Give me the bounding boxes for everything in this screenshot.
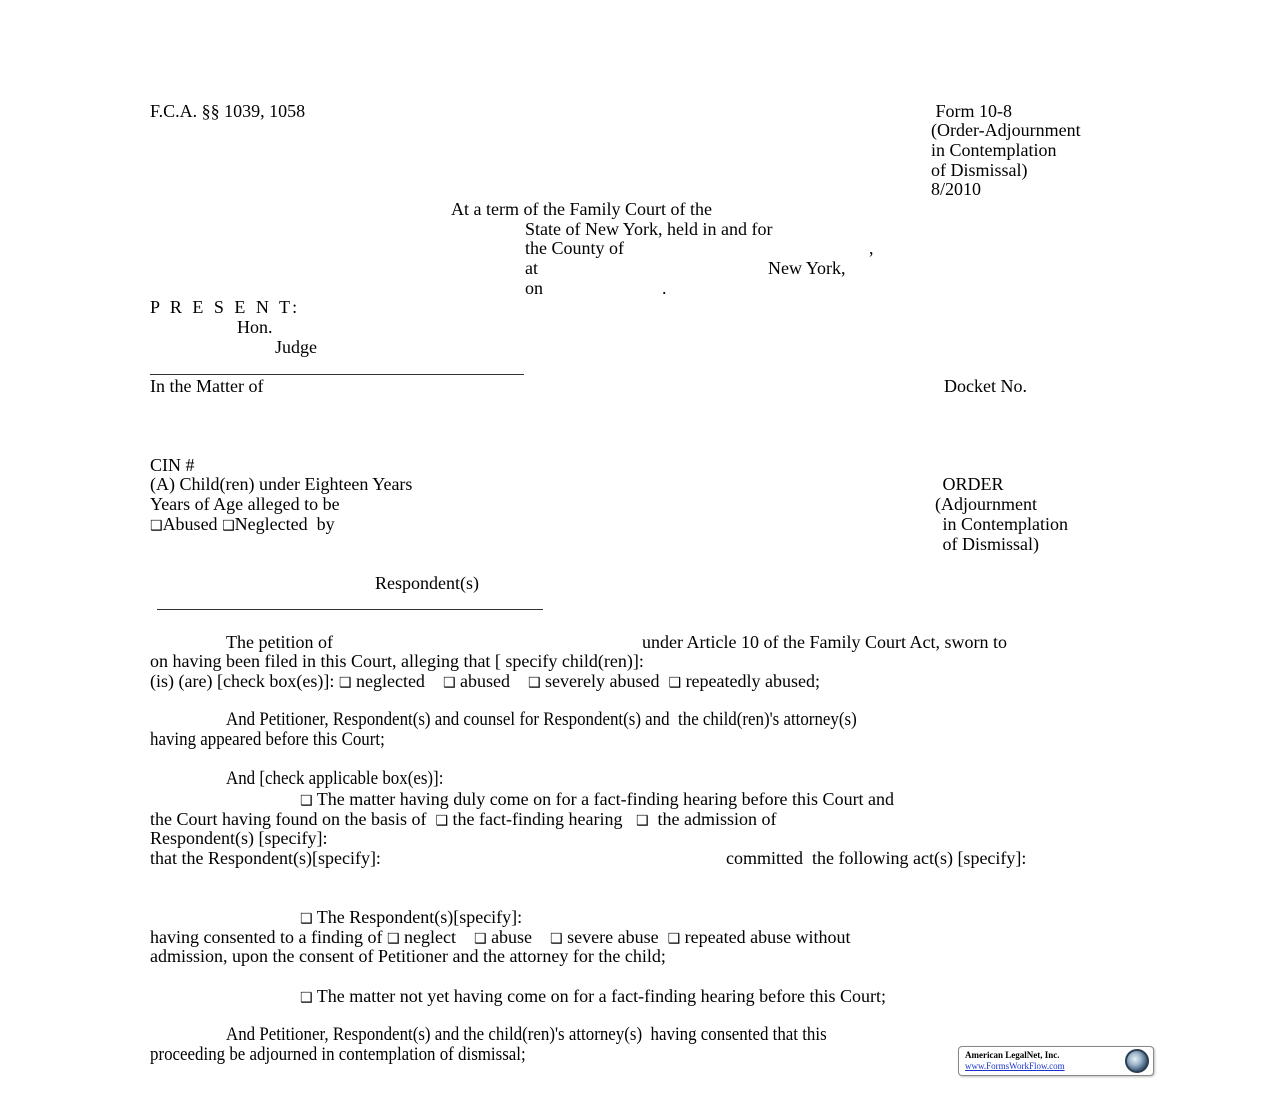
form-title-line: of Dismissal) xyxy=(931,160,1028,180)
option-fact-finding: ❑ The matter having duly come on for a f… xyxy=(300,789,894,811)
american-legalnet-logo[interactable]: American LegalNet, Inc. www.FormsWorkFlo… xyxy=(958,1046,1154,1076)
option-label: severe abuse xyxy=(567,927,658,947)
option-text: The Respondent(s)[specify]: xyxy=(313,907,523,927)
county-punct: , xyxy=(869,238,874,258)
date-punct: . xyxy=(662,278,667,298)
checkbox-fact-finding-held[interactable]: ❑ xyxy=(300,793,313,809)
checkbox-abused[interactable]: ❑ xyxy=(443,675,456,691)
checkbox-not-yet-heard[interactable]: ❑ xyxy=(300,990,313,1006)
option-text: Respondent(s) [specify]: xyxy=(150,828,327,848)
checkbox-neglected[interactable]: ❑ xyxy=(339,675,352,691)
at-label: at xyxy=(525,258,538,278)
caption-line: At a term of the Family Court of the xyxy=(451,199,712,219)
checkbox-respondent-consent[interactable]: ❑ xyxy=(300,911,313,927)
checkbox-repeatedly-abused[interactable]: ❑ xyxy=(669,675,682,691)
option-label: abuse xyxy=(491,927,532,947)
judge-label: Judge xyxy=(275,337,317,357)
option-not-yet-heard: ❑ The matter not yet having come on for … xyxy=(300,986,886,1008)
abused-label: Abused xyxy=(163,514,218,534)
option-label: neglect xyxy=(404,927,456,947)
form-number: Form 10-8 xyxy=(931,101,1012,121)
appearance-text: And Petitioner, Respondent(s) and counse… xyxy=(226,710,857,730)
option-text: The matter not yet having come on for a … xyxy=(313,986,887,1006)
option-label: abused xyxy=(460,671,510,691)
present-label: P R E S E N T: xyxy=(150,297,300,317)
petition-text: The petition of xyxy=(226,632,333,652)
option-label: repeatedly abused; xyxy=(686,671,820,691)
divider-line xyxy=(150,374,524,375)
checkbox-fact-finding-hearing[interactable]: ❑ xyxy=(435,813,448,829)
check-applicable-label: And [check applicable box(es)]: xyxy=(226,769,443,789)
on-label: on xyxy=(525,278,543,298)
in-the-matter-of: In the Matter of xyxy=(150,376,263,396)
hon-label: Hon. xyxy=(237,317,273,337)
state-label: New York, xyxy=(768,258,846,278)
checkbox-abuse[interactable]: ❑ xyxy=(474,931,487,947)
consent-text: proceeding be adjourned in contemplation… xyxy=(150,1045,526,1065)
neglected-label: Neglected by xyxy=(235,514,335,534)
cin-label: CIN # xyxy=(150,455,195,475)
petition-text: on having been filed in this Court, alle… xyxy=(150,651,644,671)
options-prefix: (is) (are) [check box(es)]: xyxy=(150,671,334,691)
form-title-line: (Order-Adjournment xyxy=(931,120,1081,140)
county-label: the County of xyxy=(525,238,624,258)
consent-text: And Petitioner, Respondent(s) and the ch… xyxy=(226,1025,827,1045)
divider-line xyxy=(157,609,543,610)
allegation-checkboxes: ❑Abused ❑Neglected by xyxy=(150,514,335,536)
form-revision: 8/2010 xyxy=(931,179,981,199)
petition-text: under Article 10 of the Family Court Act… xyxy=(642,632,1007,652)
statute-reference: F.C.A. §§ 1039, 1058 xyxy=(150,101,305,121)
child-line: (A) Child(ren) under Eighteen Years xyxy=(150,474,412,494)
checkbox-abused[interactable]: ❑ xyxy=(150,518,163,534)
option-label: repeated abuse without xyxy=(685,927,851,947)
option-text: the fact-finding hearing xyxy=(448,809,627,829)
docket-label: Docket No. xyxy=(944,376,1027,396)
allegation-options: (is) (are) [check box(es)]: ❑ neglected … xyxy=(150,671,820,693)
checkbox-admission[interactable]: ❑ xyxy=(636,813,649,829)
checkbox-repeated-abuse[interactable]: ❑ xyxy=(668,931,681,947)
logo-company-name: American LegalNet, Inc. xyxy=(965,1050,1059,1060)
formsworkflow-link[interactable]: www.FormsWorkFlow.com xyxy=(965,1061,1065,1071)
caption-line: State of New York, held in and for xyxy=(525,219,772,239)
globe-icon xyxy=(1125,1049,1149,1073)
checkbox-severely-abused[interactable]: ❑ xyxy=(528,675,541,691)
checkbox-neglected[interactable]: ❑ xyxy=(222,518,235,534)
option-text: the admission of xyxy=(653,809,777,829)
option-text: admission, upon the consent of Petitione… xyxy=(150,946,666,966)
option-consent: ❑ The Respondent(s)[specify]: xyxy=(300,907,522,929)
option-text: committed the following act(s) [specify]… xyxy=(726,848,1026,868)
checkbox-severe-abuse[interactable]: ❑ xyxy=(550,931,563,947)
order-subtitle: of Dismissal) xyxy=(938,534,1039,554)
option-text: that the Respondent(s)[specify]: xyxy=(150,848,381,868)
option-text: having consented to a finding of xyxy=(150,927,387,947)
respondents-label: Respondent(s) xyxy=(375,573,479,593)
option-label: severely abused xyxy=(545,671,659,691)
option-label: neglected xyxy=(356,671,425,691)
checkbox-neglect[interactable]: ❑ xyxy=(387,931,400,947)
option-text: the Court having found on the basis of xyxy=(150,809,431,829)
child-line: Years of Age alleged to be xyxy=(150,494,340,514)
order-subtitle: in Contemplation xyxy=(938,514,1068,534)
order-heading: ORDER xyxy=(938,474,1004,494)
order-subtitle: (Adjournment xyxy=(935,494,1037,514)
form-title-line: in Contemplation xyxy=(931,140,1057,160)
option-text: The matter having duly come on for a fac… xyxy=(313,789,894,809)
appearance-text: having appeared before this Court; xyxy=(150,730,385,750)
